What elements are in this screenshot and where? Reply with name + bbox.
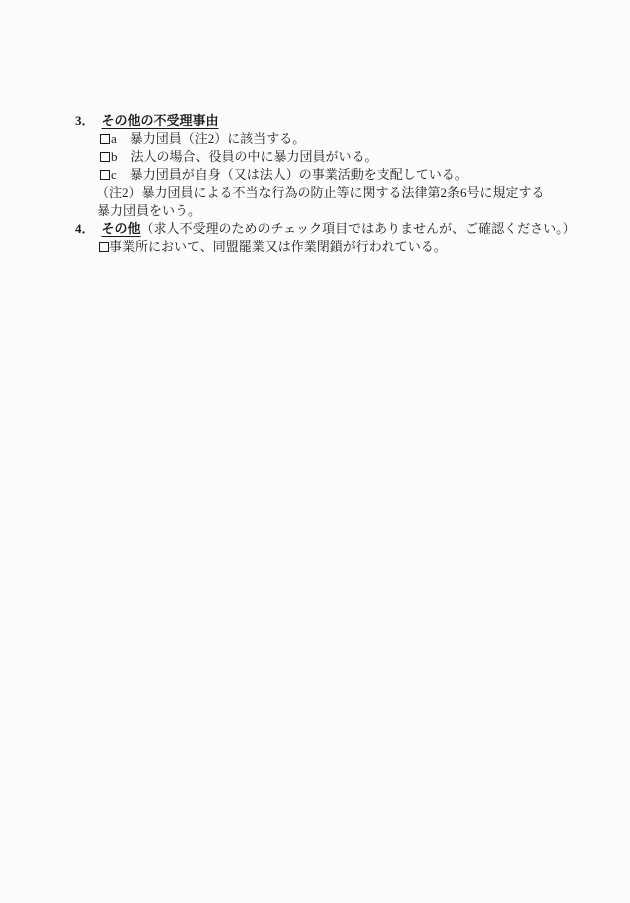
- checkbox-item-b: b法人の場合、役員の中に暴力団員がいる。: [87, 130, 378, 148]
- note-2-line-1: （注2）暴力団員による不当な行為の防止等に関する法律第2条6号に規定する: [83, 166, 545, 184]
- section-3-heading: 3．その他の不受理事由: [62, 94, 219, 112]
- checkbox-item-strike: 事業所において、同盟罷業又は作業閉鎖が行われている。: [86, 220, 447, 238]
- checkbox-strike-label: 事業所において、同盟罷業又は作業閉鎖が行われている。: [109, 239, 447, 254]
- section-4-heading: 4．その他（求人不受理のためのチェック項目ではありませんが、ご確認ください。）: [62, 202, 576, 220]
- checkbox-strike-icon[interactable]: [99, 242, 109, 252]
- checkbox-item-c: c暴力団員が自身（又は法人）の事業活動を支配している。: [87, 148, 468, 166]
- checkbox-item-a: a暴力団員（注2）に該当する。: [87, 112, 305, 130]
- document-page: 3．その他の不受理事由 a暴力団員（注2）に該当する。 b法人の場合、役員の中に…: [0, 0, 630, 903]
- note-2-line-2: 暴力団員をいう。: [84, 184, 201, 202]
